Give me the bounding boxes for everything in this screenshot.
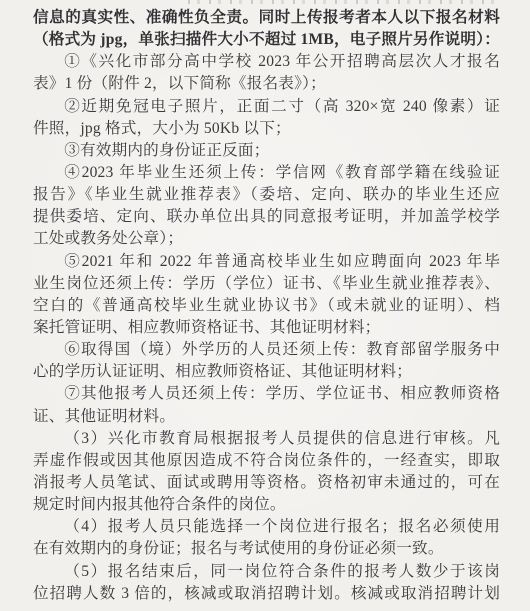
text-line: 报告》《毕业生就业推荐表》（委培、定向、联办的毕业生还应 [33, 184, 500, 206]
text-line: ①《兴化市部分高中学校 2023 年公开招聘高层次人才报名 [33, 51, 500, 73]
text-line: 案托管证明、相应教师资格证书、其他证明材料； [33, 317, 500, 339]
document-body: 信息的真实性、准确性负全责。同时上传报考者本人以下报名材料（格式为 jpg，单张… [33, 7, 500, 605]
text-line: 弄虚作假或因其他原因造成不符合岗位条件的，一经查实，即取 [33, 450, 500, 472]
text-line: 证、其他证明材料。 [33, 406, 500, 428]
text-line: ⑤2021 年和 2022 年普通高校毕业生如应聘面向 2023 年毕 [33, 251, 500, 273]
text-line: 消报考人员笔试、面试或聘用等资格。资格初审未通过的，可在 [33, 472, 500, 494]
text-line: ⑥取得国（境）外学历的人员还须上传：教育部留学服务中 [33, 339, 500, 361]
text-line: ③有效期内的身份证正反面； [33, 140, 500, 162]
text-line: 心的学历认证证明、相应教师资格证、其他证明材料； [33, 361, 500, 383]
text-line: 空白的《普通高校毕业生就业协议书》（或未就业的证明）、档 [33, 295, 500, 317]
text-line: 件照，jpg 格式，大小为 50Kb 以下； [33, 118, 500, 140]
previous-line-fragment [188, 0, 502, 4]
text-line: （格式为 jpg，单张扫描件大小不超过 1MB，电子照片另作说明）： [33, 29, 500, 51]
text-line: ⑦其他报考人员还须上传：学历、学位证书、相应教师资格 [33, 383, 500, 405]
text-line: 提供委培、定向、联办单位出具的同意报考证明，并加盖学校学 [33, 206, 500, 228]
text-line: 信息的真实性、准确性负全责。同时上传报考者本人以下报名材料 [33, 7, 500, 29]
text-line: ②近期免冠电子照片，正面二寸（高 320×宽 240 像素）证 [33, 96, 500, 118]
text-line: 表》1 份（附件 2，以下简称《报名表》）； [33, 73, 500, 95]
text-line: （4）报考人员只能选择一个岗位进行报名；报名必须使用 [33, 516, 500, 538]
text-line: （5）报名结束后，同一岗位符合条件的报考人数少于该岗 [33, 561, 500, 583]
text-line: 工处或教务处公章）； [33, 228, 500, 250]
text-line: 业生岗位还须上传：学历（学位）证书、《毕业生就业推荐表》、 [33, 273, 500, 295]
text-line: 位招聘人数 3 倍的，核减或取消招聘计划。核减或取消招聘计划 [33, 583, 500, 605]
document-page: 信息的真实性、准确性负全责。同时上传报考者本人以下报名材料（格式为 jpg，单张… [0, 0, 530, 611]
text-line: （3）兴化市教育局根据报考人员提供的信息进行审核。凡 [33, 428, 500, 450]
text-line: 在有效期内的身份证；报名与考试使用的身份证必须一致。 [33, 538, 500, 560]
text-line: ④2023 年毕业生还须上传：学信网《教育部学籍在线验证 [33, 162, 500, 184]
text-line: 规定时间内报其他符合条件的岗位。 [33, 494, 500, 516]
